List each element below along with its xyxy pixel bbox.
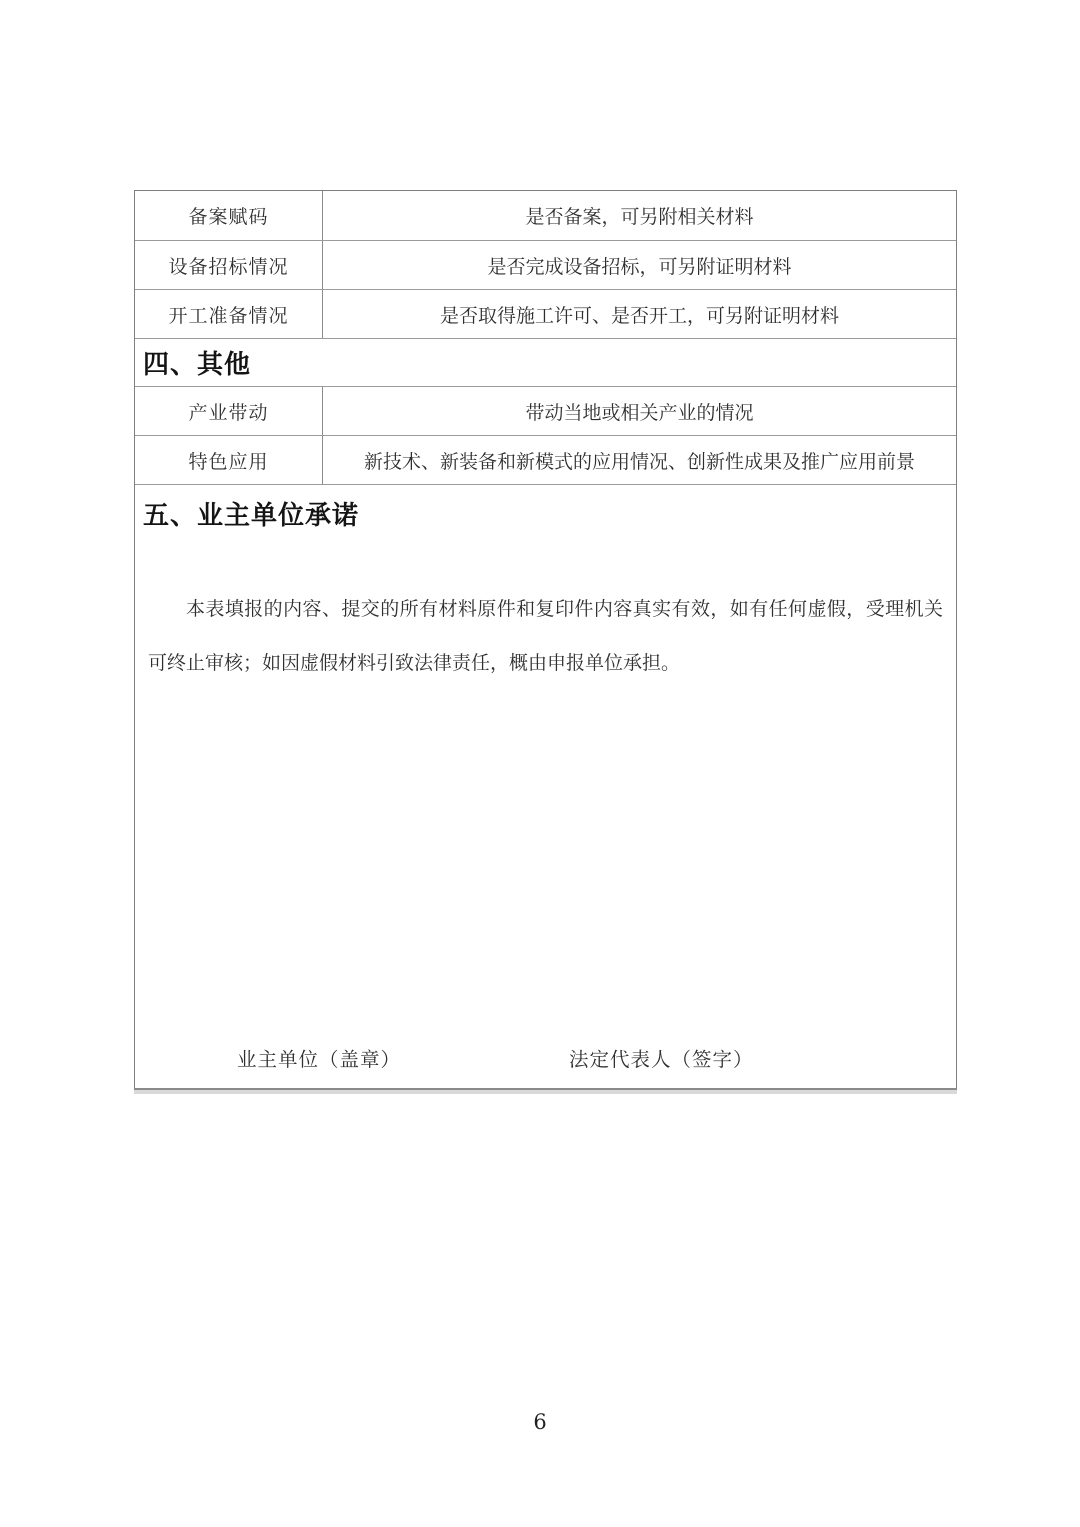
table-row: 产业带动 带动当地或相关产业的情况 — [135, 387, 956, 436]
table-row: 备案赋码 是否备案，可另附相关材料 — [135, 191, 956, 241]
legal-representative-signature-label: 法定代表人（签字） — [569, 1044, 754, 1072]
table-row: 特色应用 新技术、新装备和新模式的应用情况、创新性成果及推广应用前景 — [135, 436, 956, 485]
row-value: 是否取得施工许可、是否开工，可另附证明材料 — [323, 290, 956, 338]
page-number: 6 — [0, 1410, 1080, 1434]
application-form-table: 备案赋码 是否备案，可另附相关材料 设备招标情况 是否完成设备招标，可另附证明材… — [134, 190, 957, 1090]
row-label: 设备招标情况 — [135, 241, 323, 289]
commitment-text: 本表填报的内容、提交的所有材料原件和复印件内容真实有效，如有任何虚假，受理机关可… — [148, 582, 943, 690]
signature-row: 业主单位（盖章） 法定代表人（签字） — [237, 1044, 956, 1072]
owner-seal-label: 业主单位（盖章） — [237, 1044, 401, 1072]
row-label: 开工准备情况 — [135, 290, 323, 338]
commitment-section: 五、业主单位承诺 本表填报的内容、提交的所有材料原件和复印件内容真实有效，如有任… — [135, 485, 956, 1088]
row-value: 带动当地或相关产业的情况 — [323, 387, 956, 435]
row-label: 产业带动 — [135, 387, 323, 435]
document-page: 备案赋码 是否备案，可另附相关材料 设备招标情况 是否完成设备招标，可另附证明材… — [0, 0, 1080, 1527]
row-value: 新技术、新装备和新模式的应用情况、创新性成果及推广应用前景 — [323, 436, 956, 484]
commitment-spacer — [135, 690, 956, 1044]
row-value: 是否备案，可另附相关材料 — [323, 191, 956, 240]
row-label: 备案赋码 — [135, 191, 323, 240]
row-label: 特色应用 — [135, 436, 323, 484]
section-4-title: 四、其他 — [135, 339, 956, 387]
row-value: 是否完成设备招标，可另附证明材料 — [323, 241, 956, 289]
table-row: 设备招标情况 是否完成设备招标，可另附证明材料 — [135, 241, 956, 290]
table-row: 开工准备情况 是否取得施工许可、是否开工，可另附证明材料 — [135, 290, 956, 339]
section-5-title: 五、业主单位承诺 — [135, 485, 956, 532]
